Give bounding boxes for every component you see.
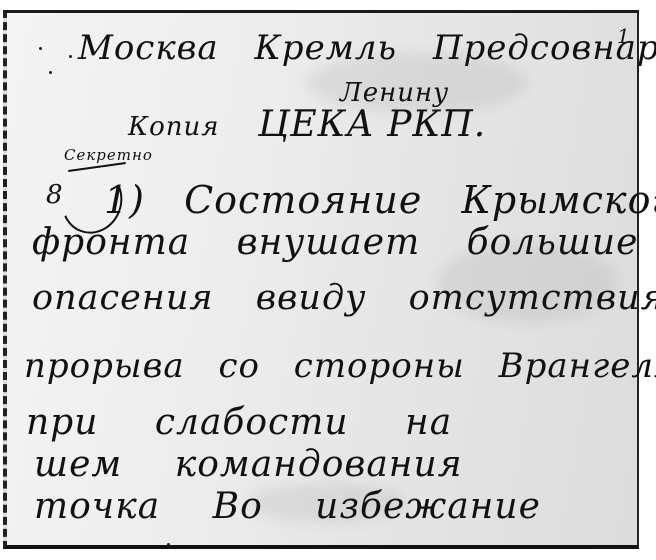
speck — [167, 543, 170, 546]
body-line-2: фронта внушает большие — [32, 222, 638, 263]
secret-mark: Секретно — [64, 146, 153, 164]
speck — [49, 71, 52, 74]
body-line-3: опасения ввиду отсутствия — [32, 278, 656, 318]
body-line-7: точка Во избежание — [34, 486, 541, 527]
speck — [39, 47, 42, 50]
body-line-4: прорыва со стороны Врангеля — [24, 346, 656, 386]
body-line-6: шем командования — [34, 444, 463, 485]
body-line-1: 1) Состояние Крымского — [104, 178, 656, 222]
speck — [69, 55, 72, 58]
body-line-5: при слабости на — [26, 402, 452, 443]
copy-recipient: ЦЕКА РКП. — [258, 104, 486, 145]
copy-label: Копия — [128, 112, 219, 142]
address-line: Москва Кремль Предсовнаркому — [78, 28, 656, 68]
